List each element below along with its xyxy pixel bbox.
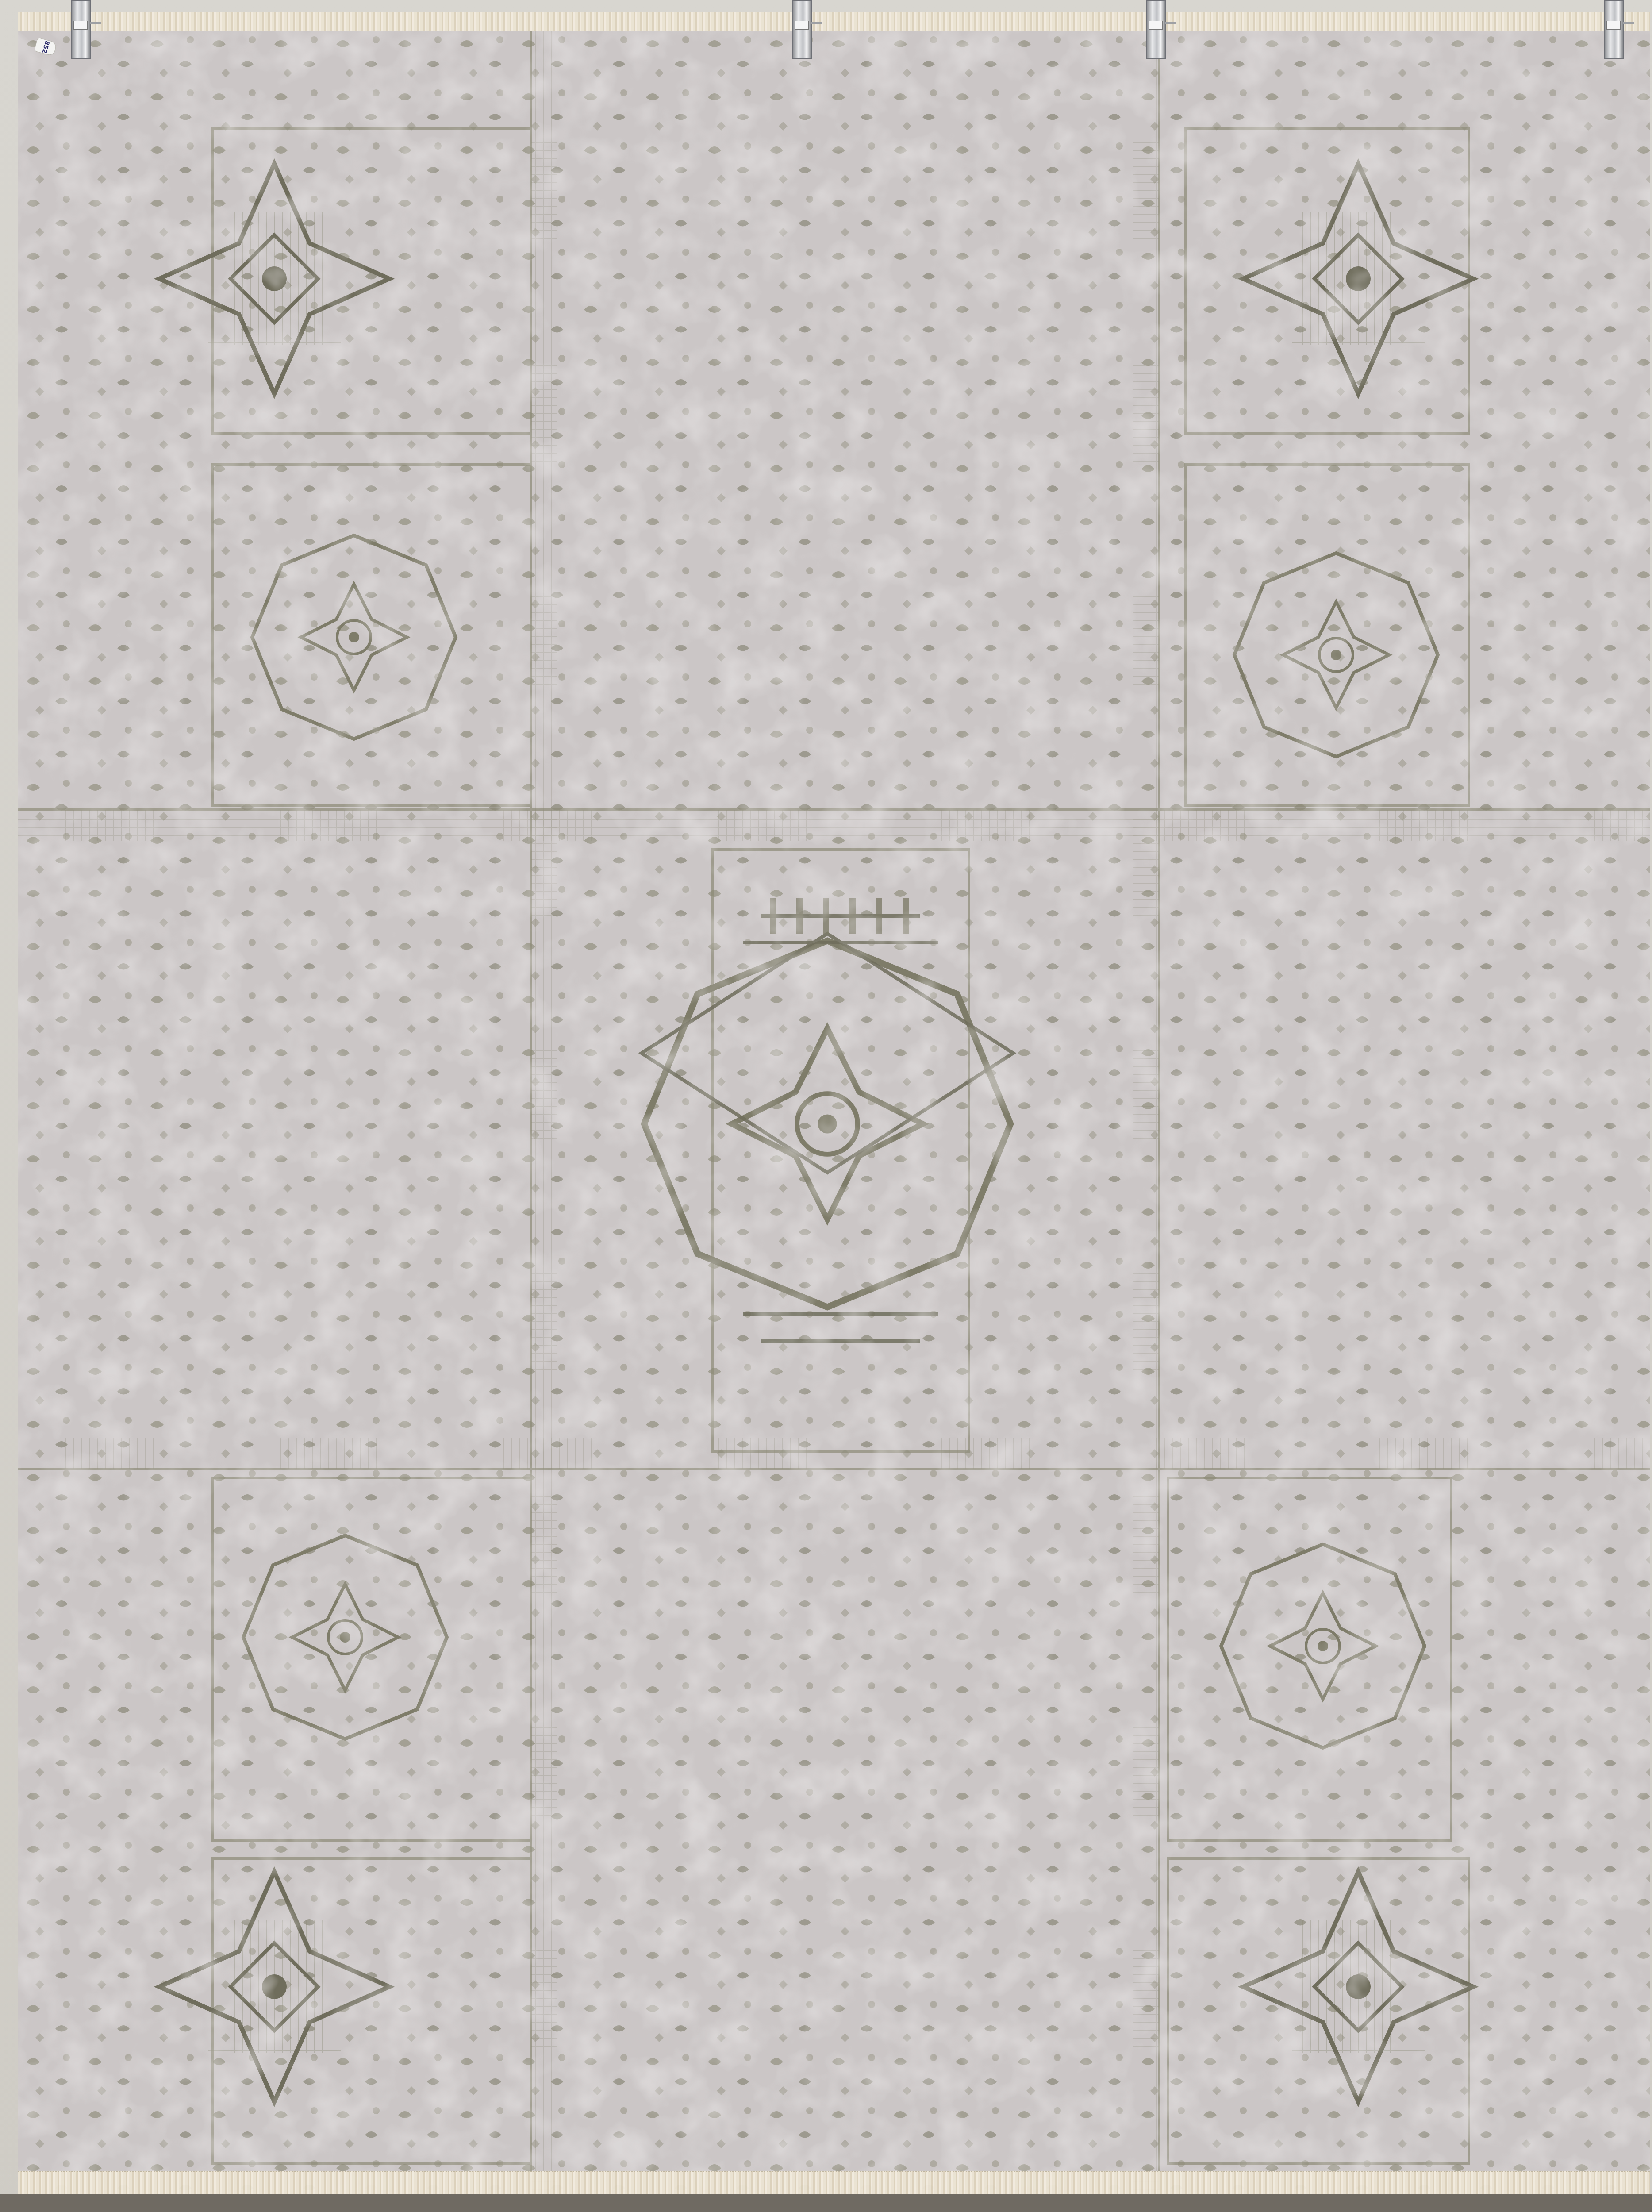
rug-pattern (18, 31, 1650, 2190)
hanging-clip-icon (1146, 0, 1166, 59)
hanging-clip-icon (1604, 0, 1624, 59)
hanging-clip-icon (792, 0, 812, 59)
floor-edge (0, 2194, 1652, 2212)
hanging-clip-icon (71, 0, 91, 59)
rug (18, 31, 1650, 2190)
inventory-tag-number: 852 (40, 40, 50, 54)
